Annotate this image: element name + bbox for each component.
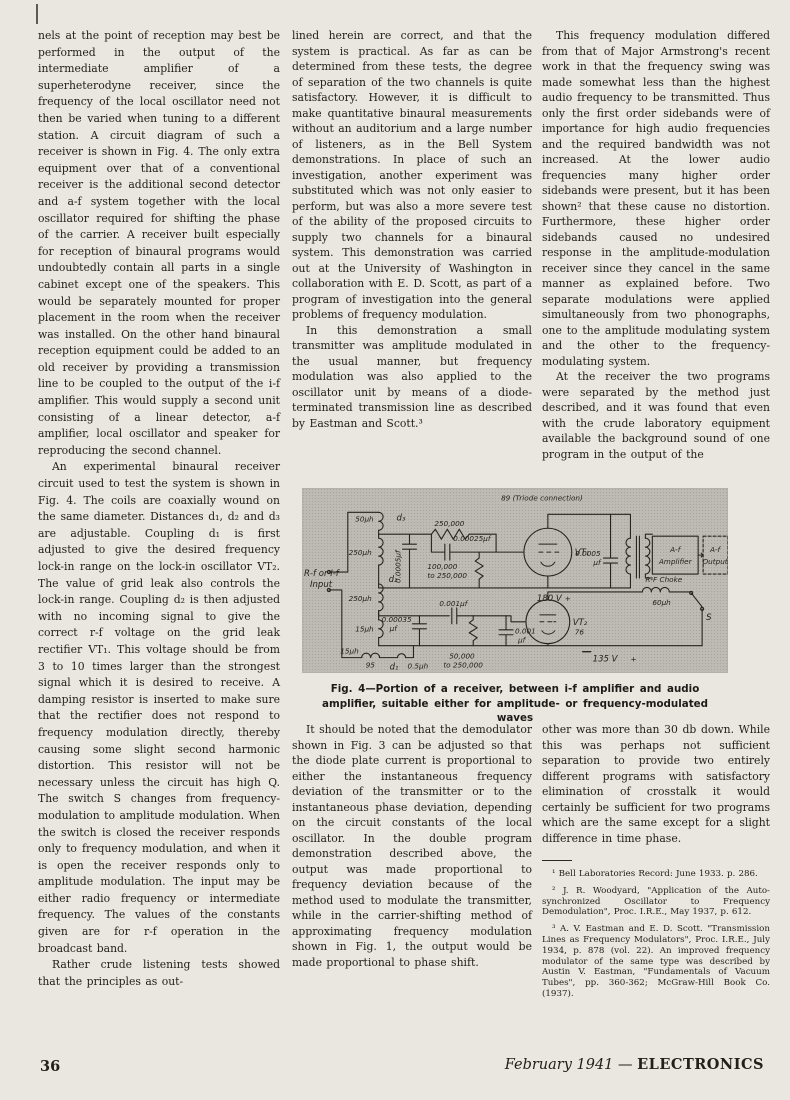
label-cap-001-b-2: μf (517, 636, 527, 645)
label-input-2: Input (310, 580, 333, 590)
label-switch-s: S (706, 613, 712, 623)
paragraph: It should be noted that the demodulator … (292, 722, 532, 970)
paragraph: An experimental binaural receiver circui… (38, 459, 280, 957)
paragraph: Rather crude listening tests showed that… (38, 957, 280, 990)
footnote: ¹ Bell Laboratories Record: June 1933. p… (542, 869, 770, 880)
label-input-1: R-f or I-f (304, 569, 341, 579)
rf-input-terminals (327, 512, 378, 657)
label-cap-000035-1: 0.00035 (382, 615, 412, 624)
label-res-50k-1: 50,000 (449, 652, 475, 661)
text-column-1: nels at the point of reception may best … (38, 28, 280, 990)
label-cap-001-b-1: 0.001 (515, 627, 536, 636)
footnote: ² J. R. Woodyard, "Application of the Au… (542, 886, 770, 918)
label-tube1-type: 89 (Triode connection) (501, 493, 583, 502)
label-af-amp-2: Amplifier (658, 557, 693, 566)
label-cap-0005-1: 0.0005 (575, 549, 601, 558)
text-column-3-top: This frequency modulation differed from … (542, 28, 770, 462)
label-v135: 135 V (593, 655, 619, 665)
af-output-box (703, 536, 728, 574)
label-rf-choke-2: 60μh (652, 598, 671, 607)
footnote-separator (542, 860, 572, 861)
column-3-bottom-text: other was more than 30 db down. While th… (542, 722, 770, 846)
footer-magazine-name: ELECTRONICS (637, 1056, 764, 1073)
page-footer: 36 February 1941 — ELECTRONICS (0, 1056, 790, 1086)
label-rf-choke-1: R-F Choke (645, 575, 682, 584)
footer-magazine-line: February 1941 — ELECTRONICS (505, 1056, 764, 1073)
label-res-100k-1: 100,000 (427, 562, 457, 571)
footnotes: ¹ Bell Laboratories Record: June 1933. p… (542, 869, 770, 1000)
label-cap-001-top: 0.001μf (439, 599, 468, 608)
circuit-diagram: R-f or I-f Input 50μh d₃ 250μh 0.0005μf … (302, 488, 728, 673)
label-cap-000025: 0.00025μf (453, 534, 492, 543)
label-v180: 180 V (537, 594, 563, 604)
footnote: ³ A. V. Eastman and E. D. Scott. "Transm… (542, 924, 770, 1000)
label-res-250000: 250,000 (434, 519, 464, 528)
label-cap-000035-2: μf (389, 624, 399, 633)
paragraph: At the receiver the two programs were se… (542, 369, 770, 462)
scan-artifact (36, 4, 38, 24)
label-coil-250uh-a: 250μh (349, 548, 372, 557)
label-d3: d₃ (397, 513, 406, 523)
label-tube2-type: 76 (575, 628, 585, 637)
label-coil-250uh-b: 250μh (349, 594, 372, 603)
paragraph: In this demonstration a small transmitte… (292, 323, 532, 432)
label-coil-95: 95 (366, 661, 376, 670)
footer-dash: — (618, 1057, 633, 1073)
label-vt2: VT₂ (573, 618, 588, 628)
label-af-amp-1: A-f (669, 545, 682, 554)
label-af-out-1: A-f (709, 545, 722, 554)
label-coil-15uh-b: 15μh (340, 647, 359, 656)
label-res-100k-2: to 250,000 (427, 571, 467, 580)
paragraph: This frequency modulation differed from … (542, 28, 770, 369)
circuit-diagram-art: R-f or I-f Input 50μh d₃ 250μh 0.0005μf … (302, 488, 728, 673)
label-plus-135: + (630, 655, 636, 664)
figure-caption: Fig. 4—Portion of a receiver, between i-… (315, 682, 715, 726)
af-amplifier-box (652, 536, 698, 574)
footer-date: February 1941 (505, 1057, 614, 1073)
label-res-50k-2: to 250,000 (443, 661, 483, 670)
label-d1: d₁ (390, 663, 399, 673)
text-column-2-top: lined herein are correct, and that the s… (292, 28, 532, 431)
page-number: 36 (40, 1058, 60, 1075)
label-cap-0005-2: μf (592, 558, 602, 567)
label-coil-50uh: 50μh (355, 514, 374, 523)
paragraph: nels at the point of reception may best … (38, 28, 280, 459)
text-column-3-bottom: other was more than 30 db down. While th… (542, 722, 770, 1006)
label-coil-half-uh: 0.5μh (408, 662, 429, 671)
magazine-page: nels at the point of reception may best … (0, 0, 790, 1100)
text-column-2-bottom: It should be noted that the demodulator … (292, 722, 532, 970)
label-d2: d₂ (389, 575, 398, 585)
label-af-out-2: Output (702, 557, 728, 566)
paragraph: other was more than 30 db down. While th… (542, 722, 770, 846)
label-coil-15uh-a: 15μh (355, 625, 374, 634)
figure-4: R-f or I-f Input 50μh d₃ 250μh 0.0005μf … (302, 488, 728, 726)
label-plus-180: + (565, 594, 571, 603)
paragraph: lined herein are correct, and that the s… (292, 28, 532, 323)
